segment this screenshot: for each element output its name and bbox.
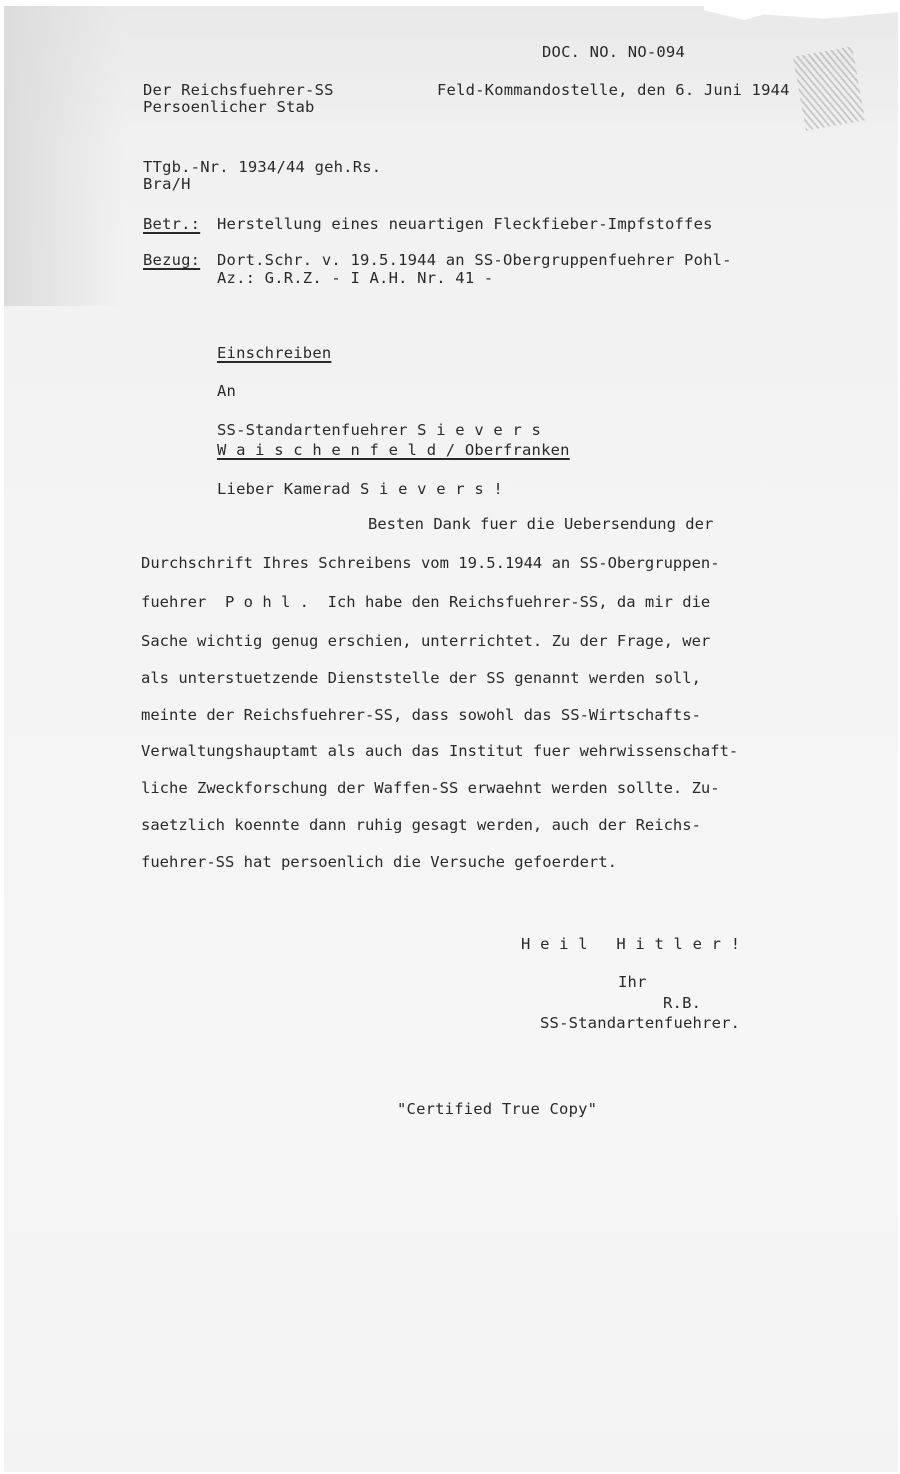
body-line: Sache wichtig genug erschien, unterricht… (141, 632, 710, 650)
subject-text: Herstellung eines neuartigen Fleckfieber… (217, 214, 713, 234)
initials: Bra/H (143, 174, 191, 194)
delivery-type: Einschreiben (217, 343, 331, 363)
body-line: Besten Dank fuer die Uebersendung der (368, 515, 713, 533)
body-line: Verwaltungshauptamt als auch das Institu… (141, 742, 738, 760)
closing-ihr: Ihr (618, 972, 647, 992)
body-line: meinte der Reichsfuehrer-SS, dass sowohl… (141, 706, 701, 724)
signature-initials: R.B. (663, 993, 701, 1013)
recipient-name: SS-Standartenfuehrer S i e v e r s (217, 420, 541, 440)
doc-number: DOC. NO. NO-094 (542, 42, 685, 62)
subject-label: Betr.: (143, 214, 200, 234)
to-label: An (217, 381, 236, 401)
closing-greeting: H e i l H i t l e r ! (521, 934, 740, 954)
salutation: Lieber Kamerad S i e v e r s ! (217, 479, 503, 499)
certification-stamp: "Certified True Copy" (397, 1099, 597, 1119)
sender-line-2: Persoenlicher Stab (143, 97, 315, 117)
ink-smudge (793, 46, 865, 130)
body-line: saetzlich koennte dann ruhig gesagt werd… (141, 816, 701, 834)
body-line: fuehrer P o h l . Ich habe den Reichsfue… (141, 593, 710, 611)
body-line: Durchschrift Ihres Schreibens vom 19.5.1… (141, 554, 720, 572)
recipient-address: W a i s c h e n f e l d / Oberfranken (217, 440, 570, 460)
place-date: Feld-Kommandostelle, den 6. Juni 1944 (437, 80, 790, 100)
signature-title: SS-Standartenfuehrer. (540, 1013, 740, 1033)
body-line: liche Zweckforschung der Waffen-SS erwae… (141, 779, 720, 797)
body-line: fuehrer-SS hat persoenlich die Versuche … (141, 853, 617, 871)
torn-corner (704, 6, 900, 20)
body-line: als unterstuetzende Dienststelle der SS … (141, 669, 701, 687)
reference-line-2: Az.: G.R.Z. - I A.H. Nr. 41 - (217, 268, 493, 288)
reference-line-1: Dort.Schr. v. 19.5.1944 an SS-Obergruppe… (217, 250, 732, 270)
reference-label: Bezug: (143, 250, 200, 270)
